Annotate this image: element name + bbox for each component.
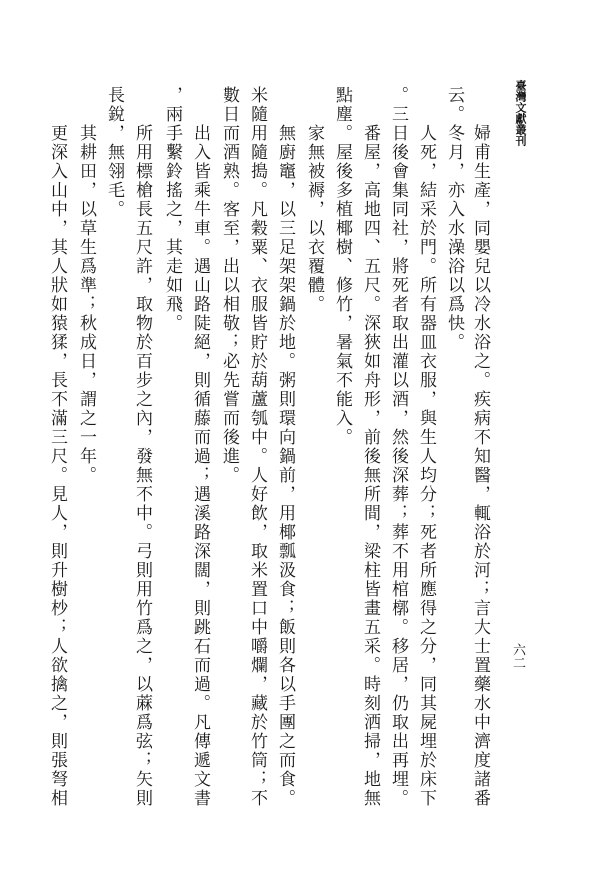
text-column-6: 點塵。屋後多植椰樹、修竹，暑氣不能入。 (331, 86, 351, 447)
text-column-9: 米隨用隨搗。凡穀粟、衣服皆貯於葫蘆瓠中。人好飲，取米置口中嚼爛，藏於竹筒；不 (246, 86, 266, 808)
text-column-11: 出入皆乘牛車。遇山路陡絕，則循藤而過；遇溪路深闊，則跳石而過。凡傳遞文書 (189, 124, 209, 808)
text-column-16: 更深入山中，其人狀如猿猱，長不滿三尺。見人，則升樹杪；人欲擒之，則張弩相 (46, 124, 66, 808)
text-column-12: ，兩手繫鈴搖之，其走如飛。 (161, 86, 181, 333)
book-page: 臺灣文獻叢刊 六二 婦甫生產，同嬰兒以冷水浴之。疾病不知醫，輒浴於河；言大士置藥… (0, 0, 600, 881)
text-column-3: 人死，結采於門。所有器皿衣服，與生人均分；死者所應得之分，同其屍埋於床下 (415, 124, 435, 808)
text-column-15: 其耕田，以草生爲準；秋成日，謂之一年。 (75, 124, 95, 485)
text-column-4: 。三日後會集同社，將死者取出灌以酒，然後深葬；葬不用棺槨。移居，仍取出再埋。 (387, 86, 407, 808)
series-title: 臺灣文獻叢刊 (514, 80, 526, 146)
text-column-2: 云。冬月，亦入水澡浴以爲快。 (443, 86, 463, 352)
text-column-8: 無廚竈，以三足架架鍋於地。粥則環向鍋前，用椰瓢汲食；飯則各以手團之而食。 (274, 124, 294, 808)
text-column-13: 所用標槍長五尺許，取物於百步之內，發無不中。弓則用竹爲之，以蔴爲弦；矢則 (131, 124, 151, 808)
text-column-14: 長銳，無翎毛。 (103, 86, 123, 219)
text-column-10: 數日而酒熟。客至，出以相敬；必先嘗而後進。 (218, 86, 238, 485)
text-column-7: 家無被褥，以衣覆體。 (303, 124, 323, 314)
text-column-1: 婦甫生產，同嬰兒以冷水浴之。疾病不知醫，輒浴於河；言大士置藥水中濟度諸番 (469, 124, 489, 808)
text-column-5: 番屋，高地四、五尺。深狹如舟形，前後無所間，梁柱皆畫五采。時刻洒掃，地無 (359, 124, 379, 808)
page-number: 六二 (510, 643, 524, 669)
